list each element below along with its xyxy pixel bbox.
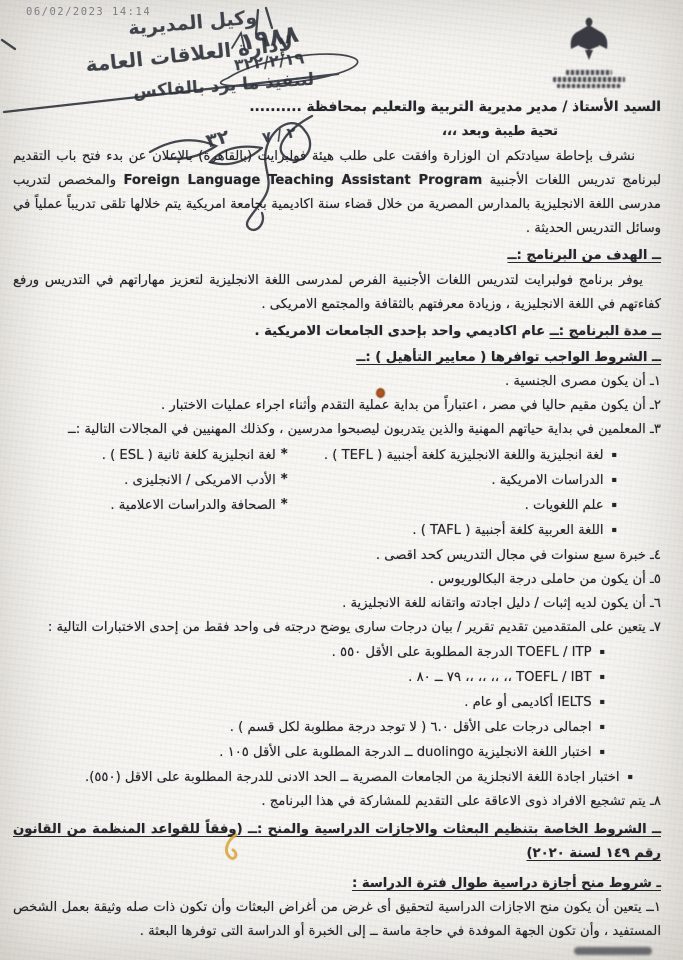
scan-smudge [574,947,652,955]
test-item: ▪اختبار اللغة الانجليزية duolingo ــ الد… [13,740,605,765]
bullet-icon: ▪ [612,493,617,517]
bullet-icon: ▪ [612,443,617,467]
intro-paragraph: نشرف بإحاطة سيادتكم ان الوزارة وافقت على… [13,145,661,241]
bullet-icon: ▪ [612,518,617,542]
accepted-tests-list: ▪TOEFL / ITP الدرجة المطلوبة على الأقل ٥… [13,640,605,790]
test-label: اجمالى درجات على الأقل ٦.٠ ( لا توجد درج… [230,720,592,735]
field-label: علم اللغويات . [525,498,604,513]
condition-item-3: ٣ـ المعلمين في بداية حياتهم المهنية والذ… [13,418,661,442]
test-label: TOEFL / ITP الدرجة المطلوبة على الأقل ٥٥… [332,645,592,660]
bullet-icon: ▪ [628,765,633,789]
bullet-icon: ▪ [600,740,605,764]
test-item: ▪اختبار اجادة اللغة الانجلزية من الجامعا… [13,765,633,790]
yellow-pen-mark [222,833,242,863]
field-item: ▪الدراسات الامريكية . [292,468,661,493]
salutation-line: تحية طيبة وبعد ،،، [13,120,558,144]
logo-caption-line [557,84,621,88]
asterisk-icon: * [281,493,288,517]
field-item: ▪لغة انجليزية واللغة الانجليزية كلغة أجن… [292,443,661,468]
eligible-fields-list: ▪لغة انجليزية واللغة الانجليزية كلغة أجن… [13,443,661,543]
test-item: ▪TOEFL / IBT ،، ،، ،، ،، ٧٩ ــ ٨٠ . [13,665,605,690]
ministry-logo [546,16,632,88]
scanned-letter-page: 06/02/2023 14:14 وكيل المديرية لإدارة ال… [0,0,683,960]
condition-item-7: ٧ـ يتعين على المتقدمين تقديم تقرير / بيا… [13,616,661,640]
recipient-line: السيد الأستاذ / مدير مديرية التربية والت… [13,95,661,119]
test-label: اختبار اللغة الانجليزية duolingo ــ الدر… [219,745,591,760]
bullet-icon: ▪ [600,715,605,739]
test-label: IELTS أكاديمى أو عام . [464,695,591,710]
eagle-emblem-icon [567,16,611,68]
condition-item-6: ٦ـ أن يكون لديه إثبات / دليل اجادته واتق… [13,592,661,616]
field-item: ▪علم اللغويات . [292,493,661,518]
special-conditions-heading: ــ الشروط الخاصة بتنظيم البعثات والاجازا… [13,818,661,866]
asterisk-icon: * [281,468,288,492]
field-label: لغة انجليزية كلغة ثانية ( ESL ) . [102,448,276,463]
program-name-english: Foreign Language Teaching Assistant Prog… [123,173,482,188]
logo-caption-line [566,70,612,75]
conditions-heading: ــ الشروط الواجب توافرها ( معايير التأهي… [356,350,661,365]
bullet-icon: ▪ [600,640,605,664]
field-label: الصحافة والدراسات الاعلامية . [110,498,275,513]
test-item: ▪IELTS أكاديمى أو عام . [13,690,605,715]
asterisk-icon: * [281,443,288,467]
condition-item-1: ١ـ أن يكون مصرى الجنسية . [13,370,661,394]
field-item: ▪اللغة العربية كلغة أجنبية ( TAFL ) . [292,518,661,543]
field-item: *الصحافة والدراسات الاعلامية . [13,493,292,518]
bullet-icon: ▪ [600,665,605,689]
logo-caption-line [553,77,625,82]
field-label: لغة انجليزية واللغة الانجليزية كلغة أجنب… [324,448,604,463]
goal-paragraph: يوفر برنامج فولبرايت لتدريس اللغات الأجن… [13,269,661,317]
test-item: ▪TOEFL / ITP الدرجة المطلوبة على الأقل ٥… [13,640,605,665]
test-item: ▪اجمالى درجات على الأقل ٦.٠ ( لا توجد در… [13,715,605,740]
condition-item-2: ٢ـ أن يكون مقيم حاليا في مصر ، اعتباراً … [13,394,661,418]
field-label: اللغة العربية كلغة أجنبية ( TAFL ) . [412,523,603,538]
condition-item-4: ٤ـ خبرة سبع سنوات في مجال التدريس كحد اق… [13,544,661,568]
duration-text: عام اكاديمي واحد بإحدى الجامعات الامريكي… [254,324,545,339]
bullet-icon: ▪ [612,468,617,492]
condition-item-5: ٥ـ أن يكون من حاملى درجة البكالوريوس . [13,568,661,592]
study-leave-item-1: ١ــ يتعين أن يكون منح الاجازات الدراسية … [13,896,661,944]
bullet-icon: ▪ [600,690,605,714]
field-item: *لغة انجليزية كلغة ثانية ( ESL ) . [13,443,292,468]
duration-line: ــ مدة البرنامج :ــ عام اكاديمي واحد بإح… [13,320,661,344]
goal-heading: ــ الهدف من البرنامج :ــ [508,248,661,263]
duration-label: ــ مدة البرنامج :ــ [550,324,661,339]
condition-item-8: ٨ـ يتم تشجيع الافراد ذوى الاعاقة على الت… [13,790,661,814]
ink-blot [376,388,385,398]
field-label: الدراسات الامريكية . [491,473,603,488]
study-leave-heading: ـ شروط منح أجازة دراسية طوال فترة الدراس… [352,876,661,891]
field-item-empty [13,518,292,543]
test-label: TOEFL / IBT ،، ،، ،، ،، ٧٩ ــ ٨٠ . [408,670,591,685]
test-label: اختبار اجادة اللغة الانجلزية من الجامعات… [85,770,620,785]
field-label: الأدب الامريكى / الانجليزى . [124,473,276,488]
field-item: *الأدب الامريكى / الانجليزى . [13,468,292,493]
letter-body: السيد الأستاذ / مدير مديرية التربية والت… [13,95,661,944]
